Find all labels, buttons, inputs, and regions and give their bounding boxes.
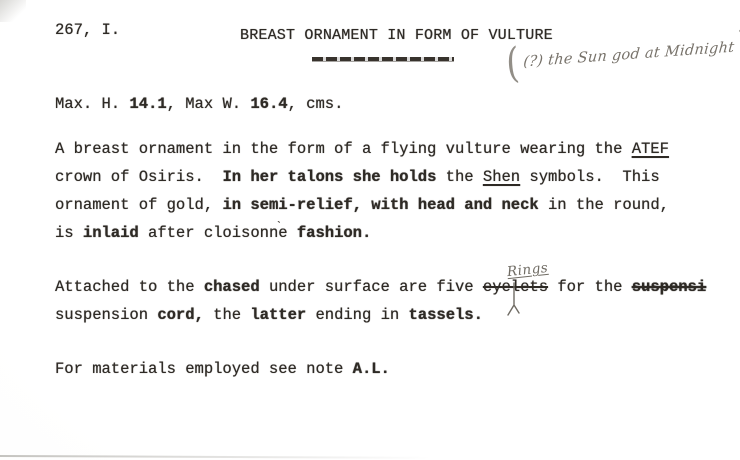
paragraph: Attached to the chased under surface are…: [55, 273, 727, 329]
text-segment: symbols. This: [520, 168, 660, 186]
text-segment: the: [204, 306, 251, 324]
paragraph: A breast ornament in the form of a flyin…: [55, 135, 727, 247]
annotation-text: (?) the Sun god at Midnight: [518, 39, 738, 70]
text-segment: is: [55, 224, 83, 242]
text-segment: Shen: [483, 168, 520, 186]
card-corner-shadow: [0, 0, 26, 22]
measurement-line: Max. H. 14.1, Max W. 16.4, cms.: [55, 90, 727, 118]
text-segment: latter: [250, 306, 306, 324]
text-segment: chased: [204, 278, 260, 296]
text-segment: ATEF: [632, 140, 669, 158]
text-segment: eˋ: [278, 224, 287, 242]
index-card: 267, I. BREAST ORNAMENT IN FORM OF VULTU…: [0, 0, 740, 460]
text-segment: tassels.: [409, 306, 483, 324]
typed-line: is inlaid after cloisonneˋ fashion.: [55, 219, 727, 247]
card-body: Max. H. 14.1, Max W. 16.4, cms.A breast …: [55, 90, 727, 409]
text-segment: For materials employed see note: [55, 360, 353, 378]
text-segment: ornament of gold,: [55, 196, 222, 214]
text-segment: in the round,: [539, 196, 669, 214]
text-segment: fashion.: [288, 224, 372, 242]
text-segment: 14.1: [129, 95, 166, 113]
text-segment: Attached to the: [55, 278, 204, 296]
text-segment: In her talons she holds: [222, 168, 436, 186]
text-segment: crown of Osiris.: [55, 168, 222, 186]
typed-line: suspension cord, the latter ending in ta…: [55, 301, 727, 329]
typed-line: For materials employed see note A.L.: [55, 355, 727, 383]
card-number: 267, I.: [55, 21, 120, 39]
typed-line: crown of Osiris. In her talons she holds…: [55, 163, 727, 191]
typed-line: Attached to the chased under surface are…: [55, 273, 727, 301]
text-segment: , cms.: [288, 95, 344, 113]
typed-line: ornament of gold, in semi-relief, with h…: [55, 191, 727, 219]
text-segment: in semi-relief, with head and neck: [222, 196, 538, 214]
text-segment: A breast ornament in the form of a flyin…: [55, 140, 632, 158]
struck-word: suspensi: [632, 278, 706, 296]
typed-line: A breast ornament in the form of a flyin…: [55, 135, 727, 163]
text-segment: inlaid: [83, 224, 139, 242]
text-segment: the: [436, 168, 483, 186]
text-segment: ending in: [306, 306, 408, 324]
text-segment: 16.4: [250, 95, 287, 113]
text-segment: suspension: [55, 306, 157, 324]
text-segment: cord,: [157, 306, 204, 324]
text-segment: under surface are five: [260, 278, 483, 296]
paragraph: For materials employed see note A.L.: [55, 355, 727, 383]
corrected-word: eyeletsRings: [483, 278, 548, 296]
title-underline-rule: [312, 57, 454, 61]
text-segment: for the: [548, 278, 632, 296]
pencil-accent-mark: ˋ: [275, 214, 283, 242]
text-segment: after cloisonn: [139, 224, 279, 242]
text-segment: , Max W.: [167, 95, 251, 113]
card-edge-shadow: [0, 455, 430, 459]
annotation-paren-open: (: [505, 42, 521, 84]
text-segment: Max. H.: [55, 95, 129, 113]
text-segment: A.L.: [353, 360, 390, 378]
